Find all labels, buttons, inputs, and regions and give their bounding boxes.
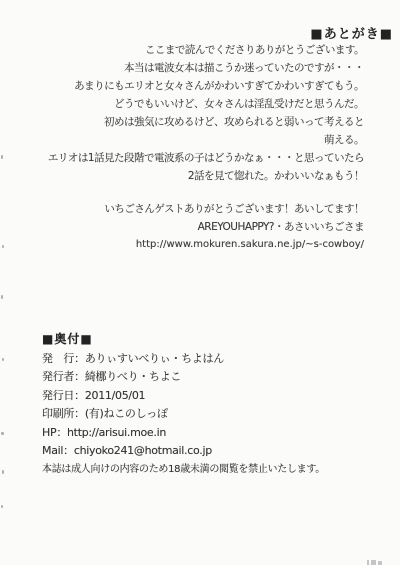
- publisher-value: ありぃすいべりぃ・ちよはん: [85, 352, 224, 365]
- scanned-afterword-page: ■あとがき■ ここまで読んでくださりありがとうございます。 本当は電波女本は描こ…: [0, 0, 400, 565]
- colophon-heading: ■奥付■: [42, 330, 325, 349]
- scan-artifact-mark: [378, 561, 382, 565]
- age-restriction-notice: 本誌は成人向けの内容のため18歳未満の閲覧を禁止いたします。: [42, 461, 325, 480]
- homepage-row: HP：http://arisui.moe.in: [42, 424, 325, 443]
- scan-speck: [1, 505, 3, 508]
- afterword-line: どうでもいいけど、女々さんは淫乱受けだと思うんだ。: [48, 95, 364, 113]
- scan-artifact: [367, 547, 384, 554]
- publisher-row: 発 行：ありぃすいべりぃ・ちよはん: [42, 350, 325, 369]
- scan-artifact-mark: [371, 560, 376, 565]
- afterword-line: 2話を見て惚れた。かわいいなぁもう！: [48, 167, 364, 185]
- afterword-heading: ■あとがき■: [310, 23, 393, 42]
- guest-site-url: http://www.mokuren.sakura.ne.jp/~s-cowbo…: [104, 236, 364, 254]
- scan-artifact-mark: [367, 560, 369, 565]
- scan-speck: [2, 245, 4, 248]
- colon-separator: ：: [63, 444, 74, 457]
- homepage-label: HP: [42, 426, 56, 439]
- afterword-line: 初めは強気に攻めるけど、攻められると弱いって考えると: [48, 113, 364, 131]
- publish-date-value: 2011/05/01: [85, 389, 145, 402]
- afterword-paragraph: ここまで読んでくださりありがとうございます。 本当は電波女本は描こうか迷っていた…: [48, 41, 364, 185]
- guest-thanks-line: いちごさんゲストありがとうございます！あいしてます！: [104, 200, 364, 218]
- mail-label: Mail: [42, 444, 63, 457]
- afterword-line: 本当は電波女本は描こうか迷っていたのですが・・・: [48, 59, 364, 77]
- printer-label: 印刷所: [42, 407, 74, 420]
- scan-speck: [1, 295, 3, 299]
- colon-separator: ：: [74, 370, 85, 383]
- colophon-section: ■奥付■ 発 行：ありぃすいべりぃ・ちよはん 発行者：綺梛りべり・ちよこ 発行日…: [42, 330, 325, 480]
- afterword-line: あまりにもエリオと女々さんがかわいすぎてかわいすぎてもう。: [48, 77, 364, 95]
- printer-value: (有)ねこのしっぽ: [85, 407, 168, 420]
- scan-speck: [1, 155, 3, 159]
- author-value: 綺梛りべり・ちよこ: [85, 370, 181, 383]
- author-row: 発行者：綺梛りべり・ちよこ: [42, 368, 325, 387]
- printer-row: 印刷所：(有)ねこのしっぽ: [42, 405, 325, 424]
- mail-address: chiyoko241@hotmail.co.jp: [74, 444, 212, 457]
- scan-speck: [2, 470, 4, 474]
- guest-thanks-block: いちごさんゲストありがとうございます！あいしてます！ AREYOUHAPPY?・…: [104, 200, 364, 254]
- afterword-line: エリオは1話見た段階で電波系の子はどうかなぁ・・・と思っていたら: [48, 149, 364, 167]
- colon-separator: ：: [74, 407, 85, 420]
- author-label: 発行者: [42, 370, 74, 383]
- publish-date-label: 発行日: [42, 389, 74, 402]
- afterword-line: 萌える。: [48, 131, 364, 149]
- colon-separator: ：: [74, 389, 85, 402]
- mail-row: Mail：chiyoko241@hotmail.co.jp: [42, 442, 325, 461]
- homepage-url: http://arisui.moe.in: [67, 426, 166, 439]
- colon-separator: ：: [74, 352, 85, 365]
- colon-separator: ：: [56, 426, 67, 439]
- guest-circle-name: AREYOUHAPPY?・あさいいちごさま: [104, 218, 364, 236]
- publish-date-row: 発行日：2011/05/01: [42, 387, 325, 406]
- publisher-label: 発 行: [42, 352, 74, 365]
- scan-speck: [2, 358, 4, 361]
- afterword-line: ここまで読んでくださりありがとうございます。: [48, 41, 364, 59]
- scan-speck: [1, 432, 4, 435]
